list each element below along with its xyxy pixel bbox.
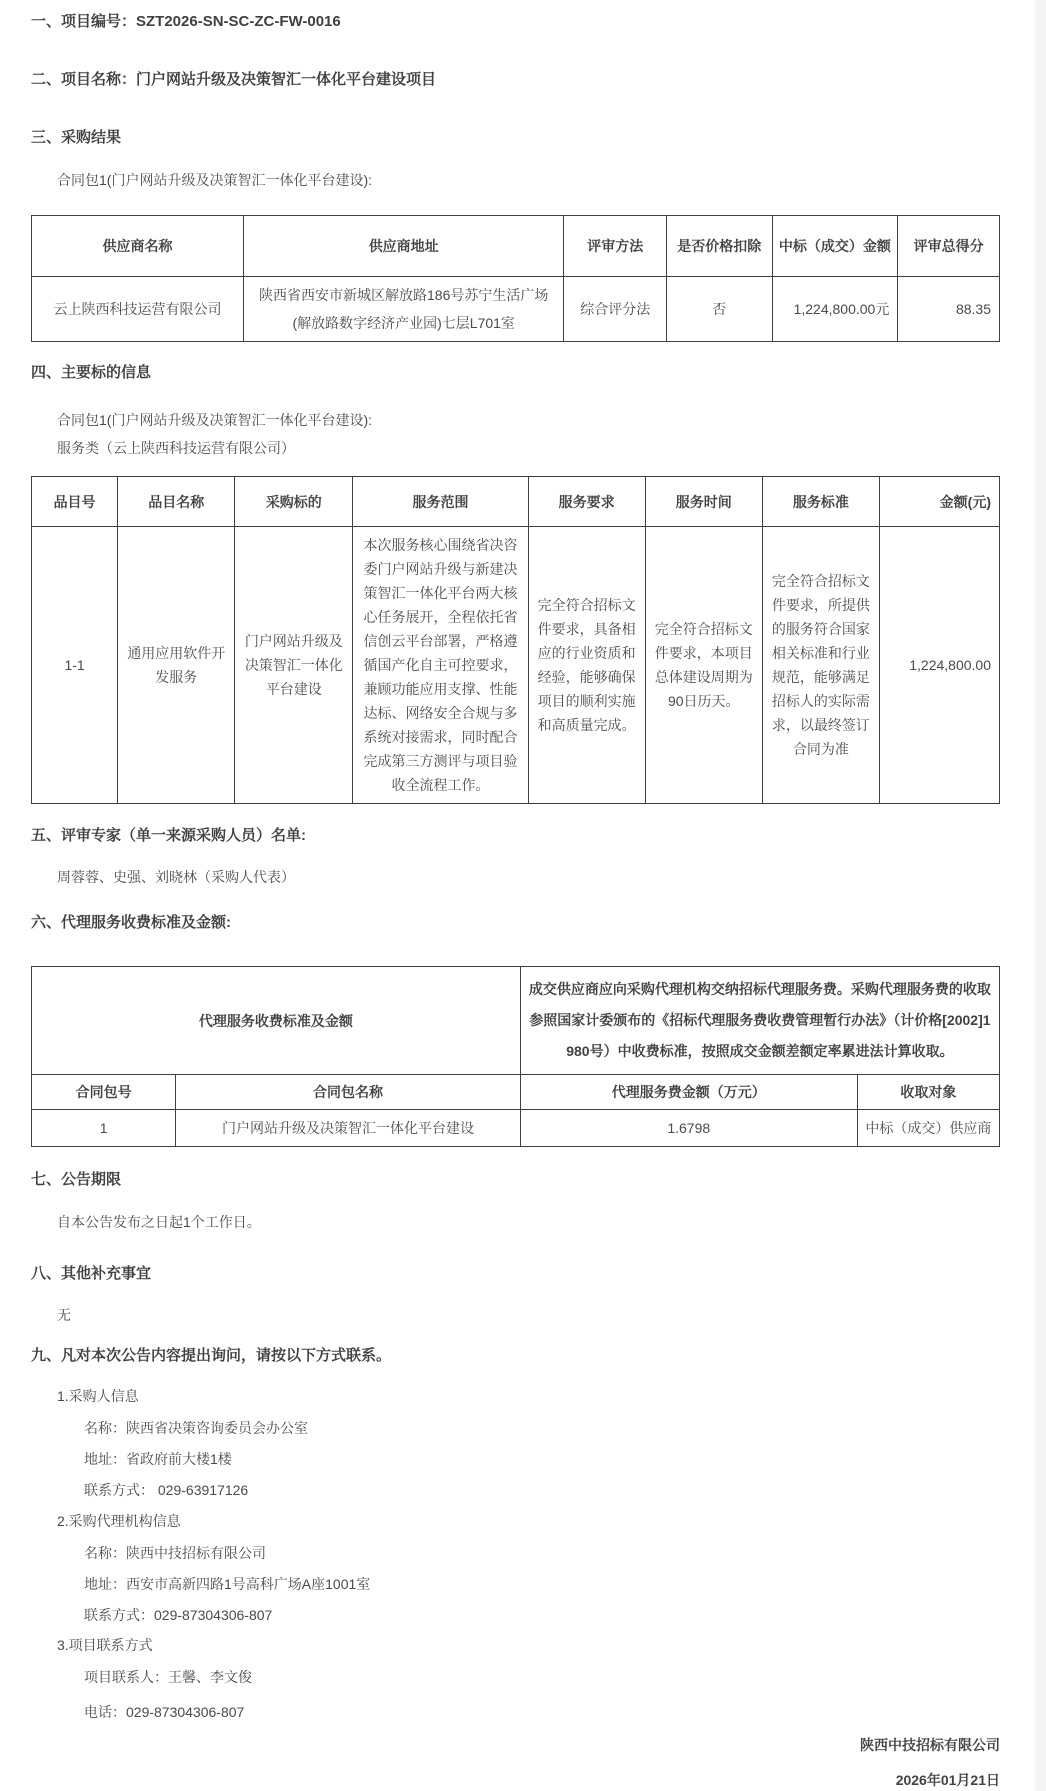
agency-fee-standard-row: 代理服务收费标准及金额 成交供应商应向采购代理机构交纳招标代理服务费。采购代理服…: [32, 967, 1000, 1075]
subject-info-table: 品目号 品目名称 采购标的 服务范围 服务要求 服务时间 服务标准 金额(元) …: [31, 476, 1000, 804]
buyer-contact: 联系方式： 029-63917126: [84, 1482, 1000, 1498]
section-9-heading: 九、凡对本次公告内容提出询问，请按以下方式联系。: [31, 1348, 1000, 1364]
header-package-no: 合同包号: [32, 1075, 176, 1110]
cell-package-no: 1: [32, 1110, 176, 1147]
header-total-score: 评审总得分: [898, 216, 1000, 277]
cell-total-score: 88.35: [898, 277, 1000, 342]
agency-contact: 联系方式：029-87304306-807: [84, 1607, 1000, 1623]
footer-date: 2026年01月21日: [31, 1772, 1000, 1788]
cell-fee-payer: 中标（成交）供应商: [857, 1110, 999, 1147]
header-item-no: 品目号: [32, 477, 118, 527]
cell-agency-fee: 1.6798: [520, 1110, 857, 1147]
section-3-package-line: 合同包1(门户网站升级及决策智汇一体化平台建设):: [57, 172, 1000, 188]
result-table-header-row: 供应商名称 供应商地址 评审方法 是否价格扣除 中标（成交）金额 评审总得分: [32, 216, 1000, 277]
result-table-row: 云上陕西科技运营有限公司 陕西省西安市新城区解放路186号苏宁生活广场(解放路数…: [32, 277, 1000, 342]
header-package-name: 合同包名称: [176, 1075, 521, 1110]
header-subject: 采购标的: [235, 477, 353, 527]
cell-supplier-name: 云上陕西科技运营有限公司: [32, 277, 244, 342]
header-agency-fee: 代理服务费金额（万元）: [520, 1075, 857, 1110]
agency-info-title: 2.采购代理机构信息: [57, 1513, 1000, 1529]
contact-block: 1.采购人信息 名称：陕西省决策咨询委员会办公室 地址：省政府前大楼1楼 联系方…: [31, 1388, 1000, 1720]
header-amount: 金额(元): [879, 477, 999, 527]
header-supplier-address: 供应商地址: [243, 216, 563, 277]
section-5-heading: 五、评审专家（单一来源采购人员）名单:: [31, 828, 1000, 844]
section-6-heading: 六、代理服务收费标准及金额:: [31, 915, 1000, 931]
header-review-method: 评审方法: [564, 216, 667, 277]
buyer-info-title: 1.采购人信息: [57, 1388, 1000, 1404]
cell-subject: 门户网站升级及决策智汇一体化平台建设: [235, 527, 353, 804]
subject-table-header-row: 品目号 品目名称 采购标的 服务范围 服务要求 服务时间 服务标准 金额(元): [32, 477, 1000, 527]
section-4-package-line: 合同包1(门户网站升级及决策智汇一体化平台建设):: [57, 412, 1000, 428]
procurement-result-table: 供应商名称 供应商地址 评审方法 是否价格扣除 中标（成交）金额 评审总得分 云…: [31, 215, 1000, 342]
announcement-document: 一、项目编号：SZT2026-SN-SC-ZC-FW-0016 二、项目名称：门…: [31, 0, 1000, 1788]
project-contact-person: 项目联系人：王馨、李文俊: [84, 1669, 1000, 1685]
agency-fee-table: 代理服务收费标准及金额 成交供应商应向采购代理机构交纳招标代理服务费。采购代理服…: [31, 966, 1000, 1147]
project-contact-phone: 电话：029-87304306-807: [84, 1704, 1000, 1720]
other-matters-text: 无: [57, 1307, 1000, 1323]
announcement-period-text: 自本公告发布之日起1个工作日。: [57, 1214, 1000, 1230]
agency-name: 名称：陕西中技招标有限公司: [84, 1545, 1000, 1561]
buyer-name: 名称：陕西省决策咨询委员会办公室: [84, 1420, 1000, 1436]
section-4-heading: 四、主要标的信息: [31, 365, 1000, 381]
agency-fee-data-row: 1 门户网站升级及决策智汇一体化平台建设 1.6798 中标（成交）供应商: [32, 1110, 1000, 1147]
cell-service-requirement: 完全符合招标文件要求，具备相应的行业资质和经验，能够确保项目的顺利实施和高质量完…: [528, 527, 645, 804]
section-8-heading: 八、其他补充事宜: [31, 1266, 1000, 1282]
header-supplier-name: 供应商名称: [32, 216, 244, 277]
cell-service-scope: 本次服务核心围绕省决咨委门户网站升级与新建决策智汇一体化平台两大核心任务展开，全…: [353, 527, 528, 804]
header-item-name: 品目名称: [118, 477, 235, 527]
footer-organization: 陕西中技招标有限公司: [31, 1737, 1000, 1753]
section-1-project-number: 一、项目编号：SZT2026-SN-SC-ZC-FW-0016: [31, 14, 1000, 30]
cell-package-name: 门户网站升级及决策智汇一体化平台建设: [176, 1110, 521, 1147]
header-price-deduction: 是否价格扣除: [667, 216, 773, 277]
header-award-amount: 中标（成交）金额: [772, 216, 898, 277]
header-fee-payer: 收取对象: [857, 1075, 999, 1110]
section-3-heading: 三、采购结果: [31, 130, 1000, 146]
subject-table-row: 1-1 通用应用软件开发服务 门户网站升级及决策智汇一体化平台建设 本次服务核心…: [32, 527, 1000, 804]
cell-award-amount: 1,224,800.00元: [772, 277, 898, 342]
agency-fee-standard-description: 成交供应商应向采购代理机构交纳招标代理服务费。采购代理服务费的收取参照国家计委颁…: [520, 967, 999, 1075]
agency-fee-header-row: 合同包号 合同包名称 代理服务费金额（万元） 收取对象: [32, 1075, 1000, 1110]
cell-review-method: 综合评分法: [564, 277, 667, 342]
cell-item-no: 1-1: [32, 527, 118, 804]
cell-supplier-address: 陕西省西安市新城区解放路186号苏宁生活广场(解放路数字经济产业园)七层L701…: [243, 277, 563, 342]
cell-amount: 1,224,800.00: [879, 527, 999, 804]
section-4-category-line: 服务类（云上陕西科技运营有限公司）: [57, 440, 1000, 456]
header-service-standard: 服务标准: [762, 477, 879, 527]
cell-service-standard: 完全符合招标文件要求，所提供的服务符合国家相关标准和行业规范，能够满足招标人的实…: [762, 527, 879, 804]
header-service-time: 服务时间: [645, 477, 762, 527]
cell-item-name: 通用应用软件开发服务: [118, 527, 235, 804]
project-contact-title: 3.项目联系方式: [57, 1637, 1000, 1653]
cell-price-deduction: 否: [667, 277, 773, 342]
cell-service-time: 完全符合招标文件要求，本项目总体建设周期为90日历天。: [645, 527, 762, 804]
header-service-scope: 服务范围: [353, 477, 528, 527]
agency-fee-standard-label: 代理服务收费标准及金额: [32, 967, 521, 1075]
section-2-project-name: 二、项目名称：门户网站升级及决策智汇一体化平台建设项目: [31, 72, 1000, 88]
agency-address: 地址：西安市高新四路1号高科广场A座1001室: [84, 1576, 1000, 1592]
buyer-address: 地址：省政府前大楼1楼: [84, 1451, 1000, 1467]
section-7-heading: 七、公告期限: [31, 1172, 1000, 1188]
expert-list: 周蓉蓉、史强、刘晓林（采购人代表）: [57, 869, 1000, 885]
header-service-requirement: 服务要求: [528, 477, 645, 527]
scrollbar-track[interactable]: [1035, 0, 1046, 1791]
